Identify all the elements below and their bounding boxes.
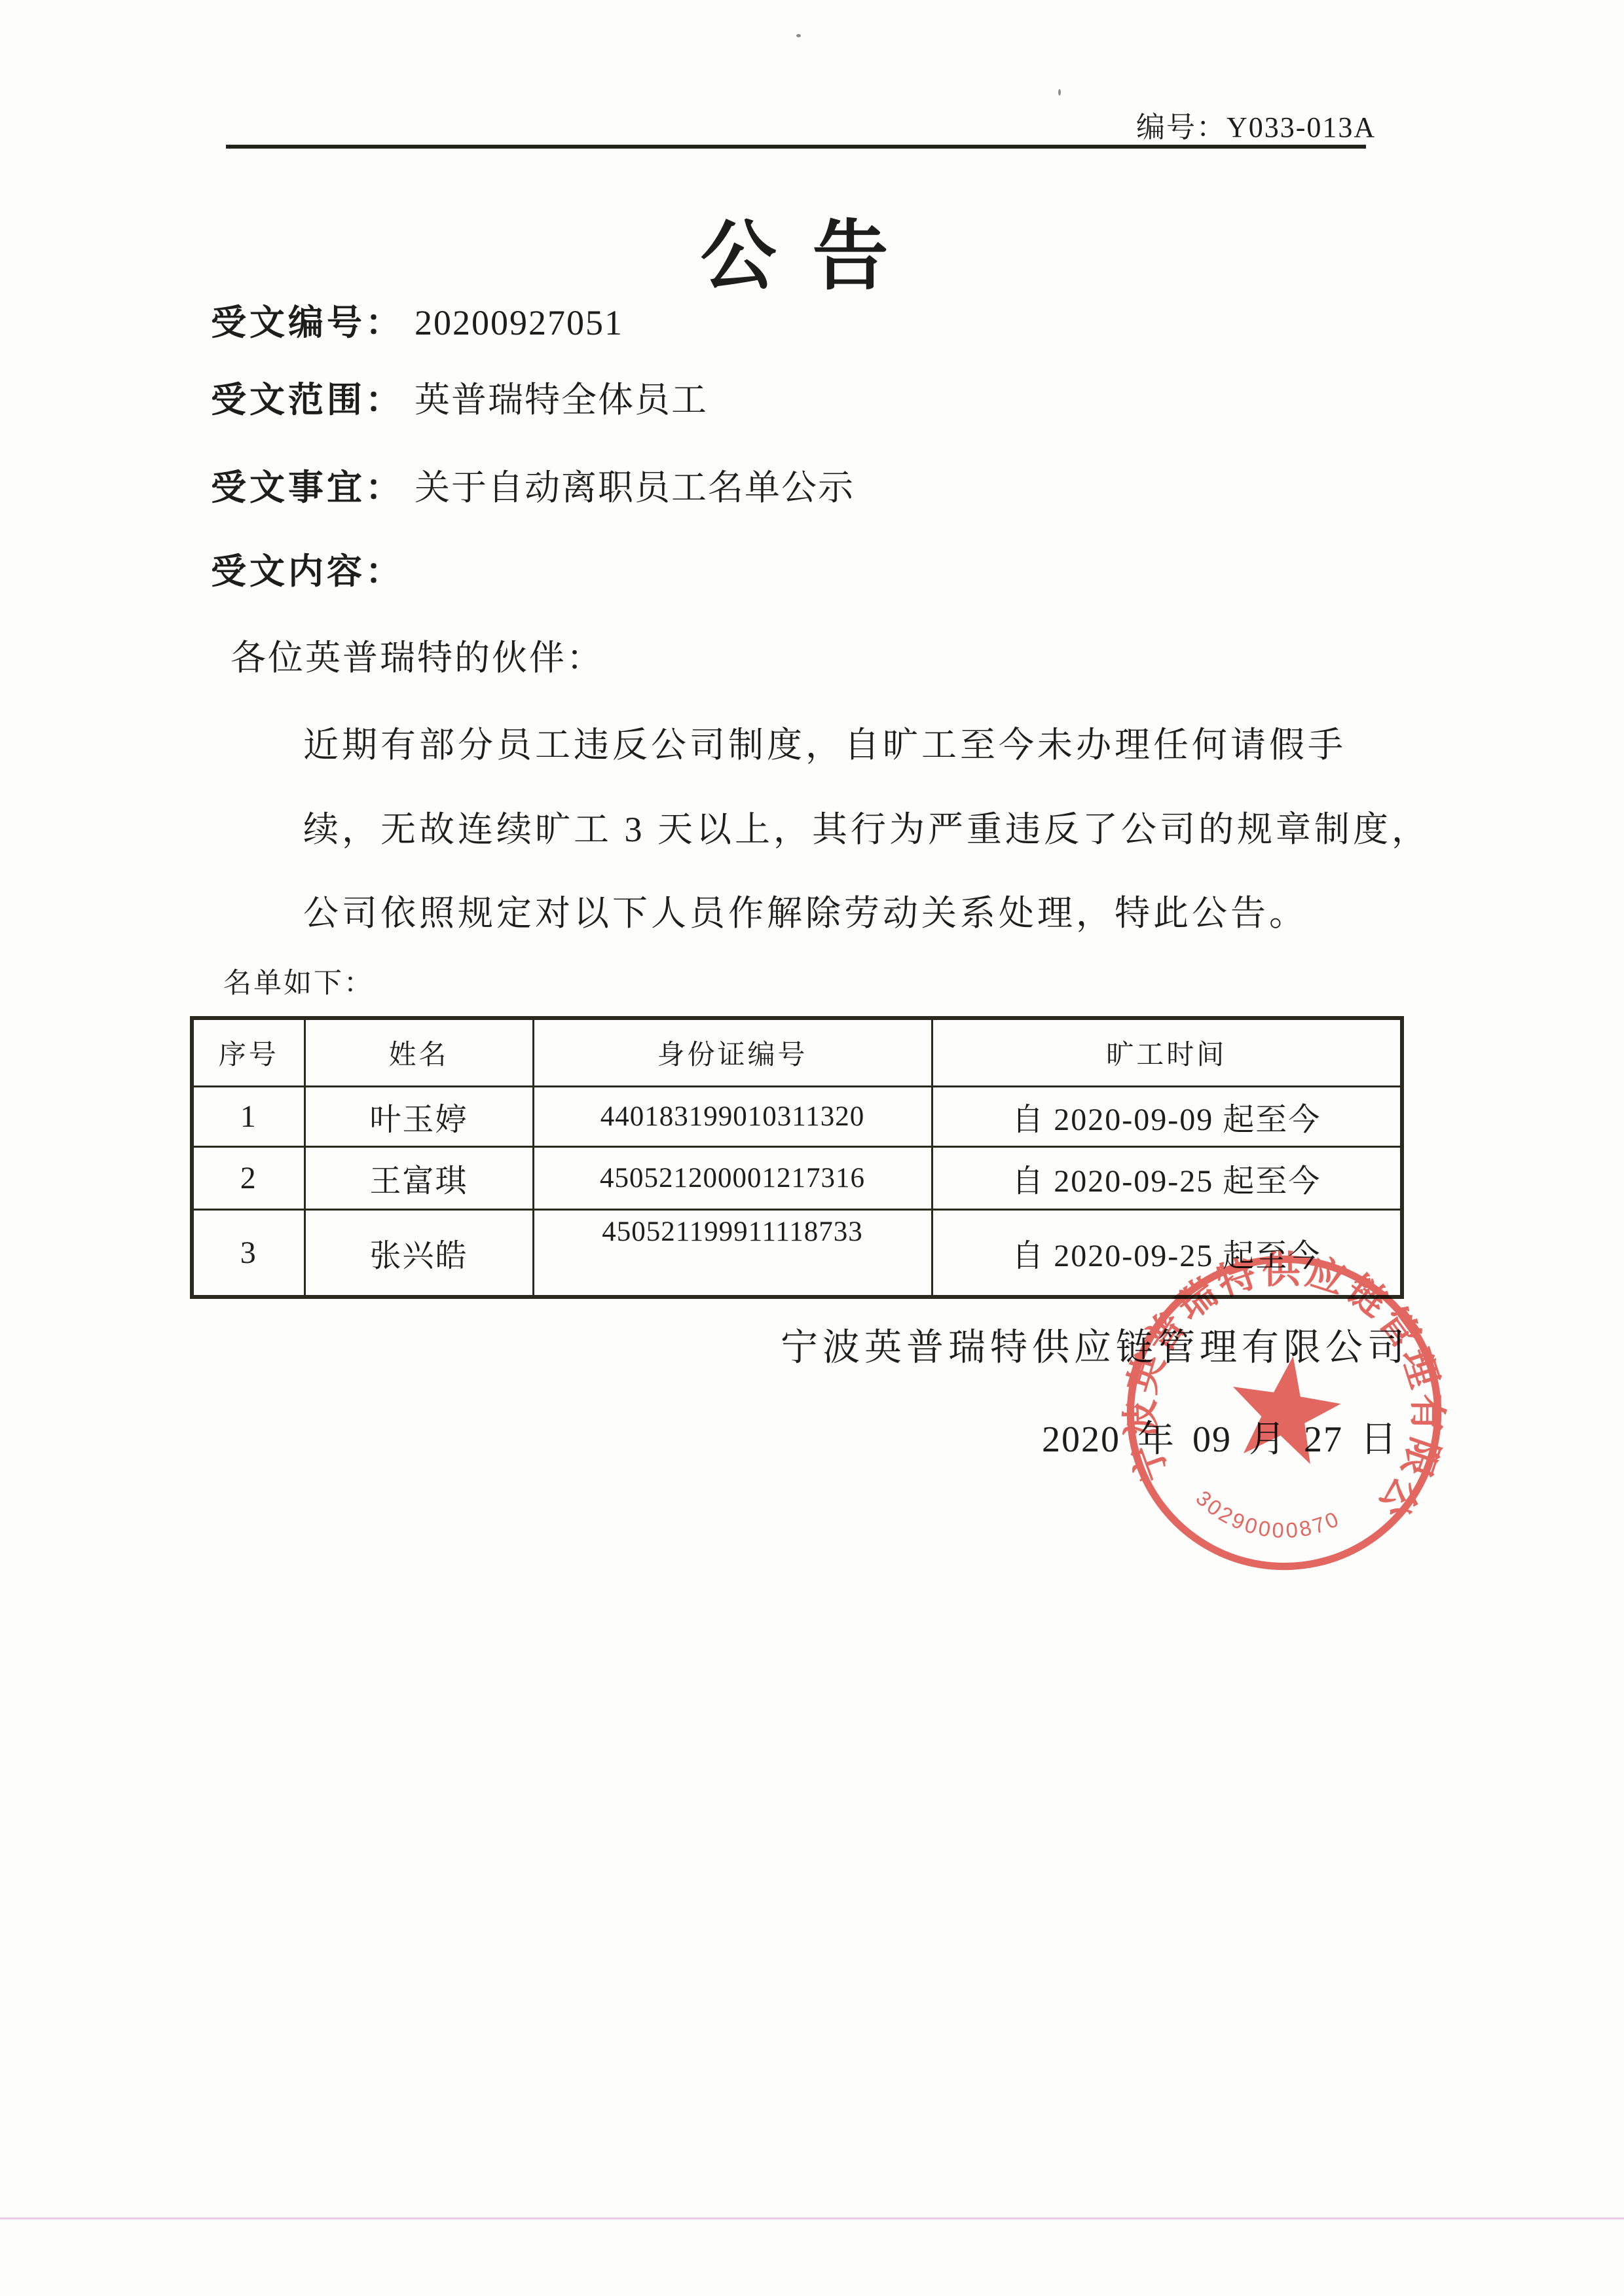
cell-name: 张兴皓 xyxy=(304,1209,533,1297)
col-header-period: 旷工时间 xyxy=(932,1018,1402,1086)
scan-speck xyxy=(796,34,801,37)
list-intro: 名单如下： xyxy=(223,961,374,1001)
field-doc-id: 受文编号：20200927051 xyxy=(211,295,623,345)
greeting-line: 各位英普瑞特的伙伴： xyxy=(231,630,604,680)
seal-star-icon xyxy=(1223,1347,1347,1467)
cell-id: 450521200001217316 xyxy=(533,1146,932,1209)
field-doc-id-label: 受文编号： xyxy=(211,303,404,342)
cell-seq: 2 xyxy=(192,1146,304,1209)
cell-period: 自 2020-09-09 起至今 xyxy=(932,1086,1402,1146)
cell-id: 450521199911118733 xyxy=(533,1209,932,1297)
table-header-row: 序号 姓名 身份证编号 旷工时间 xyxy=(192,1018,1402,1086)
field-subject-label: 受文事宜： xyxy=(211,468,404,507)
cell-period: 自 2020-09-25 起至今 xyxy=(932,1146,1402,1209)
field-content: 受文内容： xyxy=(211,543,415,594)
table-row: 2 王富琪 450521200001217316 自 2020-09-25 起至… xyxy=(192,1146,1402,1209)
body-line-2: 续，无故连续旷工 3 天以上，其行为严重违反了公司的规章制度， xyxy=(303,801,1430,852)
field-scope-label: 受文范围： xyxy=(211,380,404,420)
field-content-label: 受文内容： xyxy=(211,552,404,591)
header-divider xyxy=(226,145,1366,149)
field-subject: 受文事宜：关于自动离职员工名单公示 xyxy=(211,460,855,510)
company-seal-stamp: 宁波英普瑞特供应链管理有限公司 3302900008708 xyxy=(1093,1222,1475,1604)
cell-name: 叶玉婷 xyxy=(304,1086,533,1146)
cell-seq: 3 xyxy=(192,1209,304,1297)
col-header-seq: 序号 xyxy=(192,1018,304,1086)
cell-id: 440183199010311320 xyxy=(533,1086,932,1146)
scan-artifact-line xyxy=(0,2217,1624,2219)
body-line-1: 近期有部分员工违反公司制度，自旷工至今未办理任何请假手 xyxy=(303,717,1346,767)
body-line-3: 公司依照规定对以下人员作解除劳动关系处理，特此公告。 xyxy=(303,885,1308,936)
col-header-name: 姓名 xyxy=(304,1018,533,1086)
field-subject-value: 关于自动离职员工名单公示 xyxy=(415,468,855,507)
scan-speck xyxy=(1058,89,1061,96)
cell-name: 王富琪 xyxy=(304,1146,533,1209)
cell-seq: 1 xyxy=(192,1086,304,1146)
field-scope-value: 英普瑞特全体员工 xyxy=(415,380,708,420)
table-row: 1 叶玉婷 440183199010311320 自 2020-09-09 起至… xyxy=(192,1086,1402,1146)
scanned-announcement-page: 编号：Y033-013A 公 告 受文编号：20200927051 受文范围：英… xyxy=(0,0,1624,2296)
col-header-id: 身份证编号 xyxy=(533,1018,932,1086)
doc-number: 编号：Y033-013A xyxy=(1136,103,1376,145)
field-doc-id-value: 20200927051 xyxy=(415,303,623,342)
page-title: 公 告 xyxy=(701,195,889,304)
field-scope: 受文范围：英普瑞特全体员工 xyxy=(211,372,708,422)
